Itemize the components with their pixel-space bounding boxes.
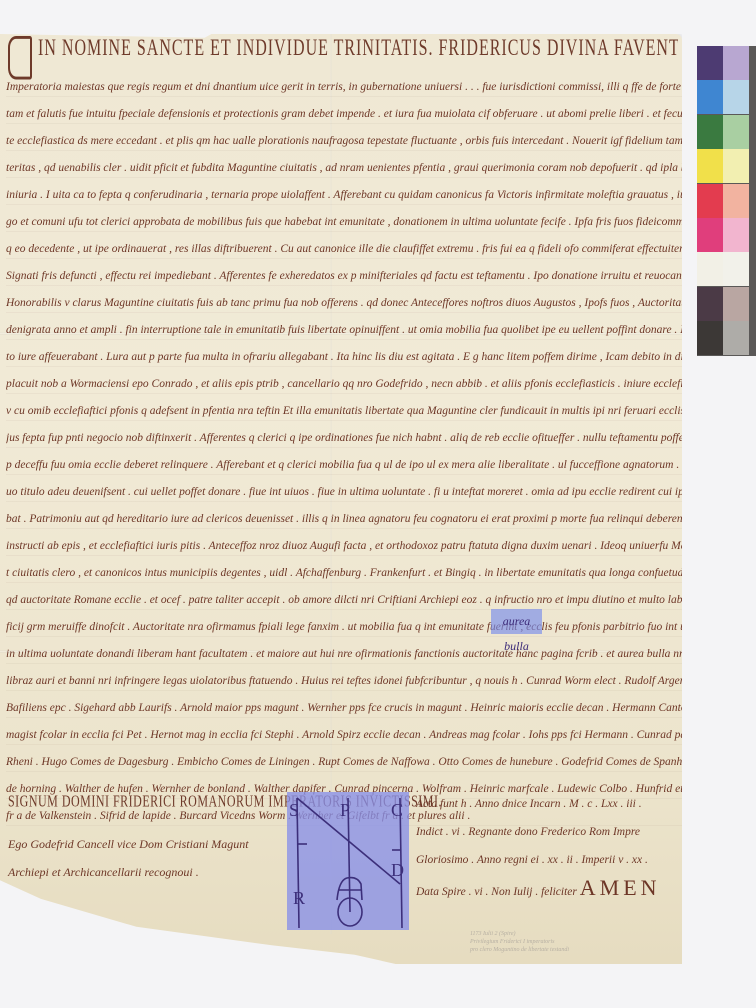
charter-text-line: teritas , qd uenabilis cler . uidit pfic… [6,151,682,178]
charter-text-line: Imperatoria maiestas que regis regum et … [6,70,682,97]
color-swatch [723,115,749,149]
color-swatch [697,218,723,252]
charter-text-line: magist fcolar in ecclia fci Pet . Hernot… [6,718,682,745]
color-swatch [723,218,749,252]
color-swatch [697,184,723,218]
charter-text-line: te ecclefiastica ds mere eccedant . et p… [6,124,682,151]
monogram-icon: S P C D R [287,792,409,930]
dating-line: Data Spire . vi . Non Iulij . feliciter … [416,874,661,906]
dating-clause: Acta funt h . Anno dnice Incarn . M . c … [416,790,661,906]
dating-line: Acta funt h . Anno dnice Incarn . M . c … [416,790,661,818]
charter-text-line: p deceffu fuu omia ecclie deberet relinq… [6,448,682,475]
charter-text-line: instructi ab epis , et ecclefiaftici iur… [6,529,682,556]
charter-text-line: Rheni . Hugo Comes de Dagesburg . Embich… [6,745,682,772]
color-swatch [697,252,723,286]
color-swatch [697,80,723,114]
charter-text-line: qd auctoritate Romane ecclie . et ocef .… [6,583,682,610]
color-swatch [697,46,723,80]
svg-text:P: P [340,800,350,820]
highlight-aurea-bulla: aurea bulla [491,609,542,634]
color-swatch [697,321,723,355]
charter-text-line: to iure affeuerabant . Lura aut p parte … [6,340,682,367]
color-swatch-row [697,115,749,149]
color-swatch-row [697,184,749,218]
svg-text:D: D [391,860,404,880]
charter-text-line: Bafiliens epc . Sigehard abb Laurifs . A… [6,691,682,718]
charter-text-line: go et comuni ufu tot clerici approbata d… [6,205,682,232]
charter-text-line: libraz auri et banni nri infringere lega… [6,664,682,691]
charter-text-line: denigrata anno et ampli . fin interrupti… [6,313,682,340]
color-swatch [723,184,749,218]
archival-note: 1173 Iulii 2 (Spire) Privilegium Frideri… [470,930,569,954]
charter-text-line: Signati fris defuncti , effectu rei impe… [6,259,682,286]
dating-line: Gloriosimo . Anno regni ei . xx . ii . I… [416,846,661,874]
color-swatch-row [697,321,749,355]
charter-body-text: Imperatoria maiestas que regis regum et … [6,70,682,826]
recognition-clause: Ego Godefrid Cancell vice Dom Cristiani … [8,830,249,886]
recognition-line: Ego Godefrid Cancell vice Dom Cristiani … [8,830,249,858]
charter-text-line: bat . Patrimoniu aut qd hereditario iure… [6,502,682,529]
svg-text:C: C [391,800,403,820]
color-swatch-row [697,218,749,252]
color-swatch [697,115,723,149]
color-swatch [723,80,749,114]
amen-word: AMEN [580,875,661,900]
charter-text-line: iniuria . I uita ca to fepta q conferudi… [6,178,682,205]
charter-text-line: Honorabilis v clarus Maguntine ciuitatis… [6,286,682,313]
svg-text:R: R [293,888,305,908]
color-calibration-chart [697,46,756,356]
recognition-line: Archiepi et Archicancellarii recognoui . [8,858,249,886]
svg-text:S: S [289,800,299,820]
imperial-monogram-highlight: S P C D R [287,792,409,930]
color-swatch [697,287,723,321]
charter-text-line: v cu omib ecclefiaftici pfonis q adefsen… [6,394,682,421]
dating-line: Indict . vi . Regnante dono Frederico Ro… [416,818,661,846]
color-swatch [723,46,749,80]
color-swatch-row [697,149,749,183]
charter-text-line: in ultima uoluntate donandi liberam hant… [6,637,682,664]
color-swatch [723,321,749,355]
color-swatch [723,149,749,183]
color-swatch-row [697,287,749,321]
charter-text-line: uo titulo adeu deuenifsent . cui uellet … [6,475,682,502]
color-swatch [697,149,723,183]
charter-text-line: q eo decedente , ut ipe ordinauerat , re… [6,232,682,259]
color-swatch-row [697,46,749,80]
color-swatch-row [697,252,749,286]
charter-text-line: t ciuitatis clero , et canonicos intus m… [6,556,682,583]
charter-text-line: tam et falutis fue intuitu fpeciale defe… [6,97,682,124]
charter-text-line: ficij grm meruiffe dinofcit . Auctoritat… [6,610,682,637]
charter-text-line: placuit nob a Wormaciensi epo Conrado , … [6,367,682,394]
color-swatch-row [697,80,749,114]
charter-text-line: jus fepta fup pnti negocio nob diftinxer… [6,421,682,448]
color-swatch [723,287,749,321]
color-swatch [723,252,749,286]
